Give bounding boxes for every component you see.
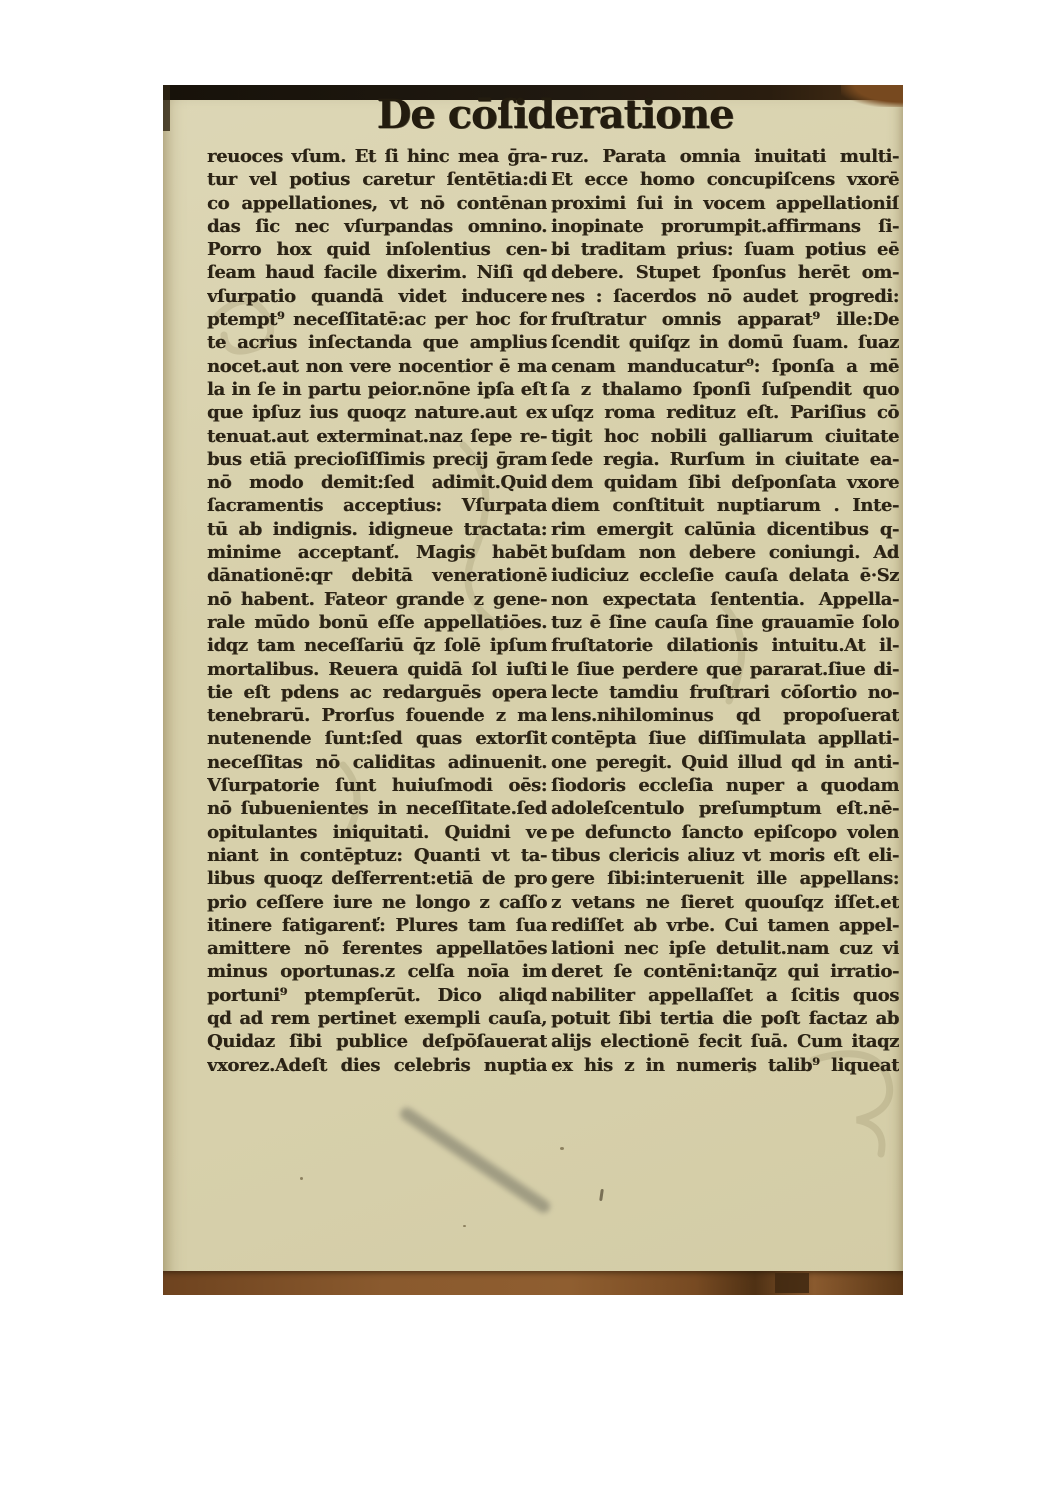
text-line: bi traditam prius: ſuam potius eē: [551, 238, 899, 261]
text-line: contēpta ſiue diſſimulata appllati-: [551, 727, 899, 750]
text-line: iudiciuz eccleſie cauſa delata ē·Sz: [551, 564, 899, 587]
text-line: dānationē:qr debitā venerationē: [207, 564, 547, 587]
text-line: deret ſe contēni:tanq̄z qui irratio-: [551, 960, 899, 983]
text-line: tie eſt pdens ac redarguēs opera: [207, 681, 547, 704]
text-line: nocet.aut non vere nocentior ē ma: [207, 355, 547, 378]
book-page: De cōſideratione reuoces vſum. Et ſi hin…: [163, 85, 903, 1295]
text-line: non expectata ſententia. Appella-: [551, 588, 899, 611]
text-line: one peregit. Quid illud qd in anti-: [551, 751, 899, 774]
text-column-right: ruz. Parata omnia inuitati multi-Et ecce…: [551, 145, 899, 1090]
text-line: lecte tamdiu fruſtrari cōſortio no-: [551, 681, 899, 704]
text-line: niant in contēptuz: Quanti vt ta-: [207, 844, 547, 867]
text-line: lationi nec ipſe detulit.nam cuz vi: [551, 937, 899, 960]
text-line: minus oportunas.z celſa noīa im: [207, 960, 547, 983]
text-line: vſurpatio quandā videt inducere: [207, 285, 547, 308]
book-bottom-edge: [163, 1271, 903, 1295]
text-line: rale mūdo bonū eſſe appellatiōes.: [207, 611, 547, 634]
text-column-left: reuoces vſum. Et ſi hinc mea ḡra-tur vel…: [207, 145, 547, 1090]
text-line: opitulantes iniquitati. Quidni ve: [207, 821, 547, 844]
text-line: amittere nō ferentes appellatōes: [207, 937, 547, 960]
text-line: cenam manducatur⁹: ſponſa a mē: [551, 355, 899, 378]
text-line: Vſurpatorie ſunt huiuſmodi oēs:: [207, 774, 547, 797]
text-line: ex his z in numeris talib⁹ liqueat: [551, 1054, 899, 1077]
text-line: ſeam haud facile dixerim. Niſi qd: [207, 261, 547, 284]
bottom-edge-dark-segment: [775, 1273, 809, 1293]
text-line: uſqz roma redituz eſt. Pariſius cō: [551, 401, 899, 424]
text-line: tibus clericis aliuz vt moris eſt eli-: [551, 844, 899, 867]
text-line: libus quoqz deſferrent:etiā de pro: [207, 867, 547, 890]
text-line: ſiodoris eccleſia nuper a quodam: [551, 774, 899, 797]
page-left-edge-shadow: [163, 85, 170, 131]
text-line: neceſſitas nō caliditas adinuenit.: [207, 751, 547, 774]
text-line: te acrius inſectanda que amplius: [207, 331, 547, 354]
text-line: tuz ē ſine cauſa ſine grauamīe ſolo: [551, 611, 899, 634]
text-line: z vetans ne ſieret quouſqz iſſet.et: [551, 891, 899, 914]
text-line: debere. Stupet ſponſus herēt om-: [551, 261, 899, 284]
paper-speck: [560, 1147, 564, 1150]
text-line: ſa z thalamo ſponſi ſuſpendit quo: [551, 378, 899, 401]
text-line: le ſiue perdere que pararat.ſiue di-: [551, 658, 899, 681]
text-line: mortalibus. Reuera quidā ſol iuſti: [207, 658, 547, 681]
text-line: nutenende ſunt:ſed quas extorſit: [207, 727, 547, 750]
small-ink-tick: [599, 1189, 604, 1201]
text-line: idqz tam neceſſariū q̄z ſolē ipſum: [207, 634, 547, 657]
text-line: dem quidam ſibi deſponſata vxore: [551, 471, 899, 494]
text-line: inopinate prorumpit.affirmans ſi-: [551, 215, 899, 238]
text-line: fruſtatorie dilationis intuitu.At il-: [551, 634, 899, 657]
text-line: co appellationes, vt nō contēnan: [207, 192, 547, 215]
text-line: minime acceptanť. Magis habēt: [207, 541, 547, 564]
text-line: nes : ſacerdos nō audet progredi:: [551, 285, 899, 308]
text-line: qd ad rem pertinet exempli cauſa,: [207, 1007, 547, 1030]
text-line: nabiliter appellaſſet a ſcitis quos: [551, 984, 899, 1007]
text-line: gere ſibi:interuenit ille appellans:: [551, 867, 899, 890]
text-line: ſacramentis acceptius: Vſurpata: [207, 494, 547, 517]
text-line: prio ceſſere iure ne longo z caſſo: [207, 891, 547, 914]
text-line: nō ſubuenientes in neceſſitate.ſed: [207, 797, 547, 820]
text-line: alijs electionē fecit ſuā. Cum itaqz: [551, 1030, 899, 1053]
text-line: potuit ſibi tertia die poſt factaz ab: [551, 1007, 899, 1030]
text-line: adoleſcentulo preſumptum eſt.nē-: [551, 797, 899, 820]
paper-speck: [300, 1177, 303, 1180]
text-line: tur vel potius caretur ſentētia:di: [207, 168, 547, 191]
paper-speck: [463, 1225, 466, 1227]
pencil-smudge: [398, 1105, 553, 1215]
text-line: diem conſtituit nuptiarum . Inte-: [551, 494, 899, 517]
text-line: reuoces vſum. Et ſi hinc mea ḡra-: [207, 145, 547, 168]
text-line: ſede regia. Rurſum in ciuitate ea-: [551, 448, 899, 471]
text-line: Porro hox quid inſolentius cen-: [207, 238, 547, 261]
text-line: lens.nihilominus qd propoſuerat: [551, 704, 899, 727]
text-line: tigit hoc nobili galliarum ciuitate: [551, 425, 899, 448]
text-line: ſcendit quiſqz in domū ſuam. ſuaz: [551, 331, 899, 354]
text-line: Et ecce homo concupiſcens vxorē: [551, 168, 899, 191]
text-line: que ipſuz ius quoqz nature.aut ex: [207, 401, 547, 424]
text-line: tenebrarū. Prorſus fouende z ma: [207, 704, 547, 727]
text-line: Quidaz ſibi publice deſpōſauerat: [207, 1030, 547, 1053]
text-line: fruſtratur omnis apparat⁹ ille:De: [551, 308, 899, 331]
text-line: la in ſe in partu peior.nōne ipſa eſt: [207, 378, 547, 401]
text-line: portuni⁹ ptempſerūt. Dico aliqd: [207, 984, 547, 1007]
text-line: nō modo demit:ſed adimit.Quid: [207, 471, 547, 494]
text-line: rediſſet ab vrbe. Cui tamen appel-: [551, 914, 899, 937]
text-line: ruz. Parata omnia inuitati multi-: [551, 145, 899, 168]
text-line: nō habent. Fateor grande z gene-: [207, 588, 547, 611]
text-line: ptempt⁹ neceſſitatē:ac per hoc for: [207, 308, 547, 331]
text-line: proximi ſui in vocem appellationiſ: [551, 192, 899, 215]
page-header-title: De cōſideratione: [185, 91, 903, 138]
text-line: itinere fatigarenť: Plures tam ſua: [207, 914, 547, 937]
text-line: pe defuncto ſancto epiſcopo volen: [551, 821, 899, 844]
text-line: tenuat.aut exterminat.naz ſepe re-: [207, 425, 547, 448]
text-line: vxorez.Adeſt dies celebris nuptia: [207, 1054, 547, 1077]
text-line: tū ab indignis. idigneue tractata:: [207, 518, 547, 541]
text-line: das ſic nec vſurpandas omnino.: [207, 215, 547, 238]
text-line: bus etiā precioſiſſimis precij ḡram: [207, 448, 547, 471]
text-line: rim emergit calūnia dicentibus q-: [551, 518, 899, 541]
scan-background: De cōſideratione reuoces vſum. Et ſi hin…: [0, 0, 1060, 1500]
text-line: buſdam non debere coniungi. Ad: [551, 541, 899, 564]
